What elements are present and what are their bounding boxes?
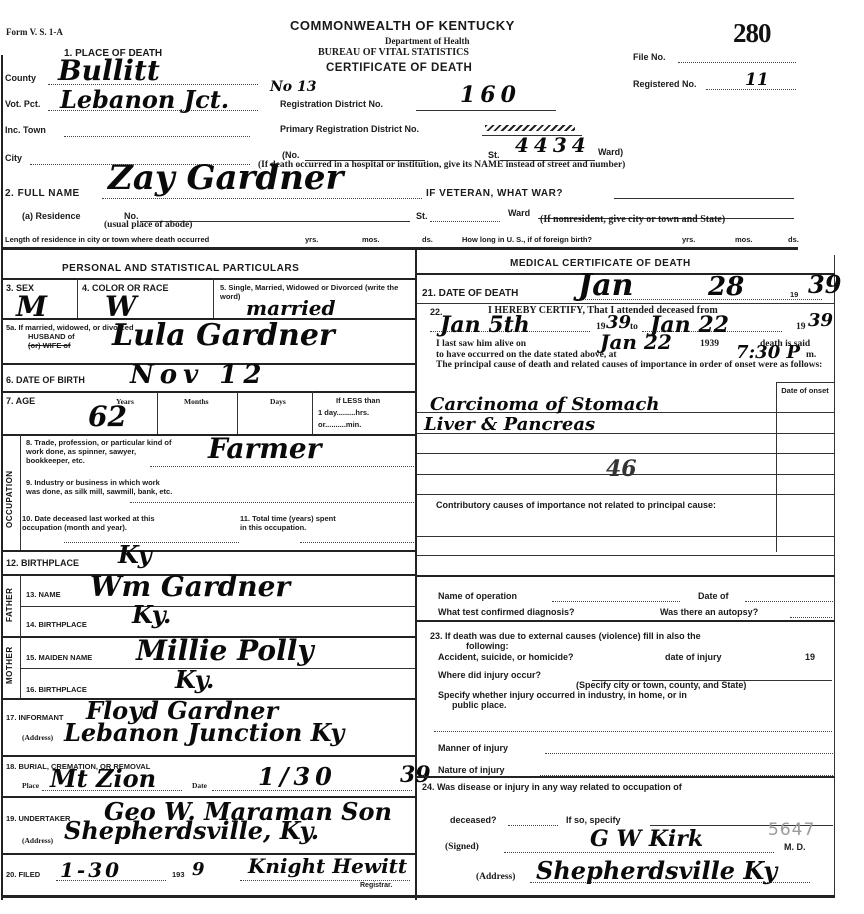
mos-label-1: mos. xyxy=(362,235,380,244)
cause-line-1: Carcinoma of Stomach xyxy=(430,394,659,415)
registration-district-label: Registration District No. xyxy=(280,99,383,109)
license-number: 5647 xyxy=(768,820,815,840)
age-years-value: 62 xyxy=(88,400,127,433)
certificate-title: CERTIFICATE OF DEATH xyxy=(326,62,472,74)
public-place-label: public place. xyxy=(452,700,507,710)
primary-registration-label: Primary Registration District No. xyxy=(280,124,419,134)
foreign-birth-label: How long in U. S., if of foreign birth? xyxy=(462,235,592,244)
residence-ward-label: Ward xyxy=(508,208,530,218)
date-of-death-year-prefix: 19 xyxy=(790,290,798,299)
specify-city-label: (Specify city or town, county, and State… xyxy=(576,680,746,690)
st-value: 4434 xyxy=(515,133,591,157)
bureau-title: BUREAU OF VITAL STATISTICS xyxy=(318,47,469,58)
form-number: Form V. S. 1-A xyxy=(6,27,63,37)
industry-label: 9. Industry or business in which work wa… xyxy=(26,478,176,496)
accident-label: Accident, suicide, or homicide? xyxy=(438,652,574,662)
attended-to-year-prefix: 19 xyxy=(796,322,806,332)
mother-birthplace-label: 16. BIRTHPLACE xyxy=(26,685,87,694)
department-title: Department of Health xyxy=(385,36,469,46)
less-than-label: If LESS than xyxy=(336,396,380,405)
age-days-label: Days xyxy=(270,397,286,406)
mother-birthplace-value: Ky. xyxy=(175,665,214,694)
yrs-label-1: yrs. xyxy=(305,235,318,244)
father-name-value: Wm Gardner xyxy=(90,570,290,603)
if-so-specify-label: If so, specify xyxy=(566,815,621,825)
occupation-related-label: 24. Was disease or injury in any way rel… xyxy=(422,782,682,792)
last-worked-label: 10. Date deceased last worked at this oc… xyxy=(22,514,172,532)
burial-place-label: Place xyxy=(22,781,39,790)
signed-label: (Signed) xyxy=(445,842,479,852)
filed-value: 1-30 xyxy=(60,858,122,882)
registration-district-value: 160 xyxy=(460,82,521,108)
mos-label-2: mos. xyxy=(735,235,753,244)
mother-side-label: MOTHER xyxy=(5,646,14,684)
cause-line-2: Liver & Pancreas xyxy=(424,414,595,435)
external-causes-label: 23. If death was due to external causes … xyxy=(430,631,701,641)
residence-sub-label: (usual place of abode) xyxy=(104,220,192,230)
commonwealth-title: COMMONWEALTH OF KENTUCKY xyxy=(290,18,515,33)
veteran-label: IF VETERAN, WHAT WAR? xyxy=(426,188,563,199)
specify-industry-label: Specify whether injury occurred in indus… xyxy=(438,690,687,700)
address-label: (Address) xyxy=(476,872,515,882)
attended-from-value: Jan 5th xyxy=(440,312,530,338)
injury-date-label: date of injury xyxy=(665,652,722,662)
primary-registration-struck xyxy=(485,125,575,131)
age-months-label: Months xyxy=(184,397,209,406)
less-day-label: 1 day.........hrs. xyxy=(318,408,369,417)
undertaker-label: 19. UNDERTAKER xyxy=(6,814,70,823)
occurred-label: to have occurred on the date stated abov… xyxy=(436,350,617,360)
manner-of-injury-label: Manner of injury xyxy=(438,743,508,753)
attended-to-year: 39 xyxy=(808,310,833,331)
ds-label-1: ds. xyxy=(422,235,433,244)
operation-label: Name of operation xyxy=(438,591,517,601)
date-of-death-label: 21. DATE OF DEATH xyxy=(422,288,518,299)
city-label: City xyxy=(5,153,22,163)
age-label: 7. AGE xyxy=(6,396,35,406)
registered-no-label: Registered No. xyxy=(633,79,697,89)
date-of-death-month: Jan xyxy=(578,268,633,303)
external-causes-label-2: following: xyxy=(466,641,509,651)
filed-year-prefix: 193 xyxy=(172,870,185,879)
last-saw-year: 1939 xyxy=(700,339,719,349)
filed-year-value: 9 xyxy=(192,859,205,880)
personal-section-title: PERSONAL AND STATISTICAL PARTICULARS xyxy=(62,263,299,274)
informant-address-value: Lebanon Junction Ky xyxy=(64,718,344,747)
mother-maiden-value: Millie Polly xyxy=(136,634,314,667)
registered-no-value: 11 xyxy=(745,70,769,90)
county-value: Bullitt xyxy=(58,54,160,87)
date-of-death-year: 39 xyxy=(808,270,841,299)
registrar-signature: Knight Hewitt xyxy=(248,854,407,878)
undertaker-address-label: (Address) xyxy=(22,836,53,845)
father-side-label: FATHER xyxy=(5,588,14,622)
vot-pct-value: Lebanon Jct. xyxy=(60,85,229,114)
filed-label: 20. FILED xyxy=(6,870,40,879)
birthplace-value: Ky xyxy=(118,540,152,569)
spouse-value: Lula Gardner xyxy=(112,318,335,353)
vot-pct-label: Vot. Pct. xyxy=(5,99,40,109)
burial-date-value: 1/30 xyxy=(258,762,337,791)
father-birthplace-value: Ky. xyxy=(132,600,171,629)
registrar-label: Registrar. xyxy=(360,882,392,889)
md-label: M. D. xyxy=(784,842,806,852)
stamp-number: 280 xyxy=(733,18,771,49)
occupation-side-label: OCCUPATION xyxy=(5,470,14,528)
length-residence-label: Length of residence in city or town wher… xyxy=(5,235,209,244)
trade-label: 8. Trade, profession, or particular kind… xyxy=(26,438,176,465)
county-label: County xyxy=(5,73,36,83)
date-of-onset-label: Date of onset xyxy=(780,386,830,395)
where-injury-label: Where did injury occur? xyxy=(438,670,541,680)
ds-label-2: ds. xyxy=(788,235,799,244)
injury-year-label: 19 xyxy=(805,652,815,662)
burial-date-label: Date xyxy=(192,781,207,790)
undertaker-address-value: Shepherdsville, Ky. xyxy=(64,816,319,845)
m-label: m. xyxy=(806,350,816,360)
st-label: St. xyxy=(488,150,500,160)
full-name-label: 2. FULL NAME xyxy=(5,188,80,199)
test-confirmed-label: What test confirmed diagnosis? xyxy=(438,607,575,617)
informant-address-label: (Address) xyxy=(22,733,53,742)
spouse-label-3: (or) WIFE of xyxy=(28,341,71,350)
residence-st-label: St. xyxy=(416,211,428,221)
spouse-label-2: HUSBAND of xyxy=(28,332,75,341)
yrs-label-2: yrs. xyxy=(682,235,695,244)
ward-label: Ward) xyxy=(598,147,623,157)
birthplace-label: 12. BIRTHPLACE xyxy=(6,558,79,568)
principal-cause-label: The principal cause of death and related… xyxy=(436,360,834,370)
full-name-value: Zay Gardner xyxy=(108,158,343,198)
deceased-label: deceased? xyxy=(450,815,497,825)
informant-label: 17. INFORMANT xyxy=(6,713,64,722)
nature-of-injury-label: Nature of injury xyxy=(438,765,505,775)
less-min-label: or..........min. xyxy=(318,420,361,429)
total-time-label: 11. Total time (years) spent in this occ… xyxy=(240,514,340,532)
father-birthplace-label: 14. BIRTHPLACE xyxy=(26,620,87,629)
inc-town-label: Inc. Town xyxy=(5,125,46,135)
marital-status-value: married xyxy=(246,296,336,320)
last-saw-label: I last saw him alive on xyxy=(436,339,526,349)
dob-label: 6. DATE OF BIRTH xyxy=(6,375,85,385)
cause-code: 46 xyxy=(606,456,637,482)
dob-value: Nov 12 xyxy=(130,360,267,390)
signed-value: G W Kirk xyxy=(590,826,703,852)
vot-pct-note: No 13 xyxy=(270,79,317,95)
date-of-death-day: 28 xyxy=(708,272,744,302)
operation-date-label: Date of xyxy=(698,591,729,601)
burial-place-value: Mt Zion xyxy=(50,764,156,793)
file-no-label: File No. xyxy=(633,52,666,62)
autopsy-label: Was there an autopsy? xyxy=(660,607,758,617)
contributory-label: Contributory causes of importance not re… xyxy=(436,500,766,510)
nonresident-note: (If nonresident, give city or town and S… xyxy=(540,214,725,225)
mother-maiden-label: 15. MAIDEN NAME xyxy=(26,653,92,662)
trade-value: Farmer xyxy=(208,432,321,465)
father-name-label: 13. NAME xyxy=(26,590,61,599)
address-value: Shepherdsville Ky xyxy=(536,856,777,885)
residence-label: (a) Residence xyxy=(22,211,81,221)
